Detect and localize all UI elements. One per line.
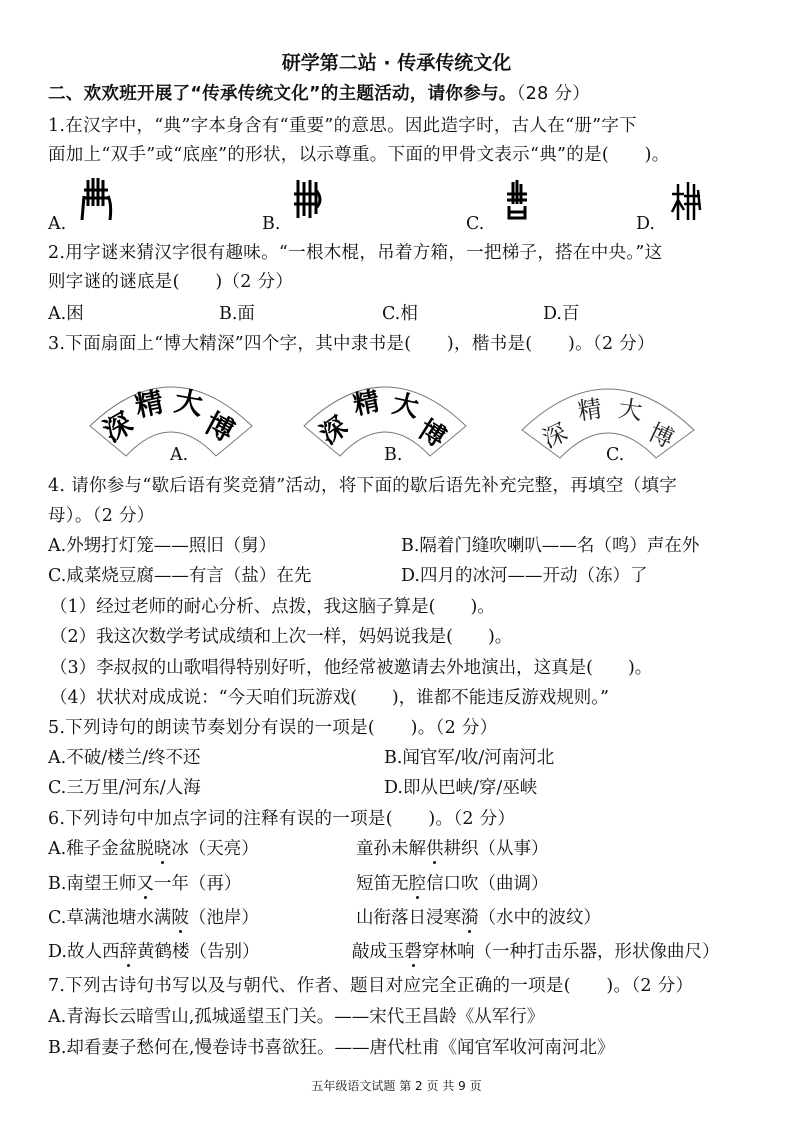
q6-row-d-left: D.故人西辞黄鹤楼（告别） — [48, 940, 259, 964]
q6-c-right-pre: 山衔落日浸寒 — [356, 908, 461, 928]
q6-row-b-left: B.南望王师又一年（再） — [48, 872, 241, 896]
oracle-bone-glyph-a-icon — [80, 176, 114, 229]
q4-option-a: A.外甥打灯笼——照旧（舅） — [48, 534, 276, 558]
q6-c-right-post: （水中的波纹） — [479, 908, 602, 928]
oracle-bone-glyph-b-icon — [292, 178, 324, 227]
q6-c-left-dotted-char: 陂 — [171, 906, 189, 930]
section-heading-text: 二、欢欢班开展了“传承传统文化”的主题活动，请你参与。 — [48, 84, 517, 104]
q4-sub-3: （3）李叔叔的山歌唱得特别好听，他经常被邀请去外地演出，这真是( )。 — [50, 656, 652, 680]
q6-c-right-dotted-char: 漪 — [461, 906, 479, 930]
q6-b-right-dotted-char: 腔 — [409, 872, 427, 896]
q2-option-c: C.相 — [382, 302, 418, 326]
page-footer: 五年级语文试题 第 2 页 共 9 页 — [0, 1078, 793, 1094]
q4-option-c: C.咸菜烧豆腐——有言（盐）在先 — [48, 564, 311, 588]
q6-d-left-post: 黄鹤楼（告别） — [137, 942, 260, 962]
fan-c-char-3: 大 — [616, 394, 644, 425]
q5-option-d: D.即从巴峡/穿/巫峡 — [384, 776, 537, 800]
q6-d-right-dotted-char: 磬 — [405, 940, 423, 964]
q7-option-a: A.青海长云暗雪山,孤城遥望玉门关。——宋代王昌龄《从军行》 — [48, 1005, 544, 1029]
q6-b-left-post: 一年（再） — [154, 874, 242, 894]
q1-option-c-label: C. — [466, 212, 484, 236]
q6-a-right-dotted-char: 供 — [426, 837, 444, 861]
q6-a-left-post: 冰（天亮） — [171, 839, 259, 859]
q6-row-a-left: A.稚子金盆脱晓冰（天亮） — [48, 837, 259, 861]
q1-option-d-label: D. — [636, 212, 655, 236]
q1-option-a-label: A. — [48, 212, 66, 236]
q2-option-b: B.面 — [219, 302, 255, 326]
exam-page: 研学第二站 · 传承传统文化 二、欢欢班开展了“传承传统文化”的主题活动，请你参… — [0, 0, 793, 1122]
section-score: （28 分） — [517, 84, 590, 104]
section-heading: 二、欢欢班开展了“传承传统文化”的主题活动，请你参与。（28 分） — [48, 82, 590, 106]
q1-line1: 1.在汉字中，“典”字本身含有“重要”的意思。因此造字时，古人在“册”字下 — [48, 114, 637, 138]
q6-a-left-pre: A.稚子金盆脱 — [48, 839, 154, 859]
q5-option-a: A.不破/楼兰/终不还 — [48, 746, 201, 770]
q6-d-right-post: 穿林响（一种打击乐器，形状像曲尺） — [422, 942, 720, 962]
q6-b-left-pre: B.南望王师 — [48, 874, 136, 894]
q6-d-left-dotted-char: 辞 — [119, 940, 137, 964]
fan-b-label: B. — [384, 444, 402, 466]
q6-d-left-pre: D.故人西 — [48, 942, 119, 962]
q6-b-right-pre: 短笛无 — [356, 874, 409, 894]
q6-a-right-post: 耕织（从事） — [444, 839, 549, 859]
q6-row-d-right: 敲成玉磬穿林响（一种打击乐器，形状像曲尺） — [352, 940, 720, 964]
oracle-bone-glyph-c-icon — [505, 180, 529, 229]
q6-line1: 6.下列诗句中加点字词的注释有误的一项是( )。（2 分） — [48, 807, 515, 831]
q7-line1: 7.下列古诗句书写以及与朝代、作者、题目对应完全正确的一项是( )。（2 分） — [48, 974, 693, 998]
q7-option-b: B.却看妻子愁何在,慢卷诗书喜欲狂。——唐代杜甫《闻官军收河南河北》 — [48, 1036, 614, 1060]
fan-a-label: A. — [170, 444, 188, 466]
q6-a-right-pre: 童孙未解 — [356, 839, 426, 859]
q4-line2: 母）。（2 分） — [48, 504, 155, 528]
q4-option-d: D.四月的冰河——开动（冻）了 — [401, 564, 647, 588]
fan-c-label: C. — [606, 444, 624, 466]
q6-d-right-pre: 敲成玉 — [352, 942, 405, 962]
q6-row-c-left: C.草满池塘水满陂（池岸） — [48, 906, 259, 930]
fan-c-char-2: 精 — [576, 394, 604, 425]
oracle-bone-glyph-d-icon — [670, 180, 702, 229]
q6-b-left-dotted-char: 又 — [136, 872, 154, 896]
q4-line1: 4. 请你参与“歇后语有奖竞猜”活动，将下面的歇后语先补充完整，再填空（填字 — [48, 474, 677, 498]
q1-option-b-label: B. — [262, 212, 280, 236]
q3-line1: 3.下面扇面上“博大精深”四个字，其中隶书是( )，楷书是( )。（2 分） — [48, 332, 655, 356]
page-title: 研学第二站 · 传承传统文化 — [0, 50, 793, 76]
q1-line2: 面加上“双手”或“底座”的形状，以示尊重。下面的甲骨文表示“典”的是( )。 — [48, 143, 670, 167]
q2-line2: 则字谜的谜底是( )（2 分） — [48, 270, 293, 294]
fan-a-char-3: 大 — [172, 384, 205, 421]
q6-b-right-post: 信口吹（曲调） — [426, 874, 549, 894]
q2-line1: 2.用字谜来猜汉字很有趣味。“一根木棍，吊着方箱，一把梯子，搭在中央。”这 — [48, 241, 662, 265]
q4-option-b: B.隔着门缝吹喇叭——名（鸣）声在外 — [401, 534, 699, 558]
q6-c-left-post: （池岸） — [189, 908, 259, 928]
q6-row-a-right: 童孙未解供耕织（从事） — [356, 837, 549, 861]
q5-option-b: B.闻官军/收/河南河北 — [384, 746, 554, 770]
q6-row-c-right: 山衔落日浸寒漪（水中的波纹） — [356, 906, 601, 930]
q6-a-left-dotted-char: 晓 — [154, 837, 172, 861]
q6-row-b-right: 短笛无腔信口吹（曲调） — [356, 872, 549, 896]
q5-option-c: C.三万里/河东/人海 — [48, 776, 201, 800]
q5-line1: 5.下列诗句的朗读节奏划分有误的一项是( )。（2 分） — [48, 716, 498, 740]
q4-sub-1: （1）经过老师的耐心分析、点拨，我这脑子算是( )。 — [50, 595, 495, 619]
q2-option-a: A.困 — [48, 302, 84, 326]
q2-option-d: D.百 — [543, 302, 579, 326]
q6-c-left-pre: C.草满池塘水满 — [48, 908, 171, 928]
q4-sub-2: （2）我这次数学考试成绩和上次一样，妈妈说我是( )。 — [50, 625, 512, 649]
q4-sub-4: （4）状状对成成说：“今天咱们玩游戏( )，谁都不能违反游戏规则。” — [50, 686, 609, 710]
